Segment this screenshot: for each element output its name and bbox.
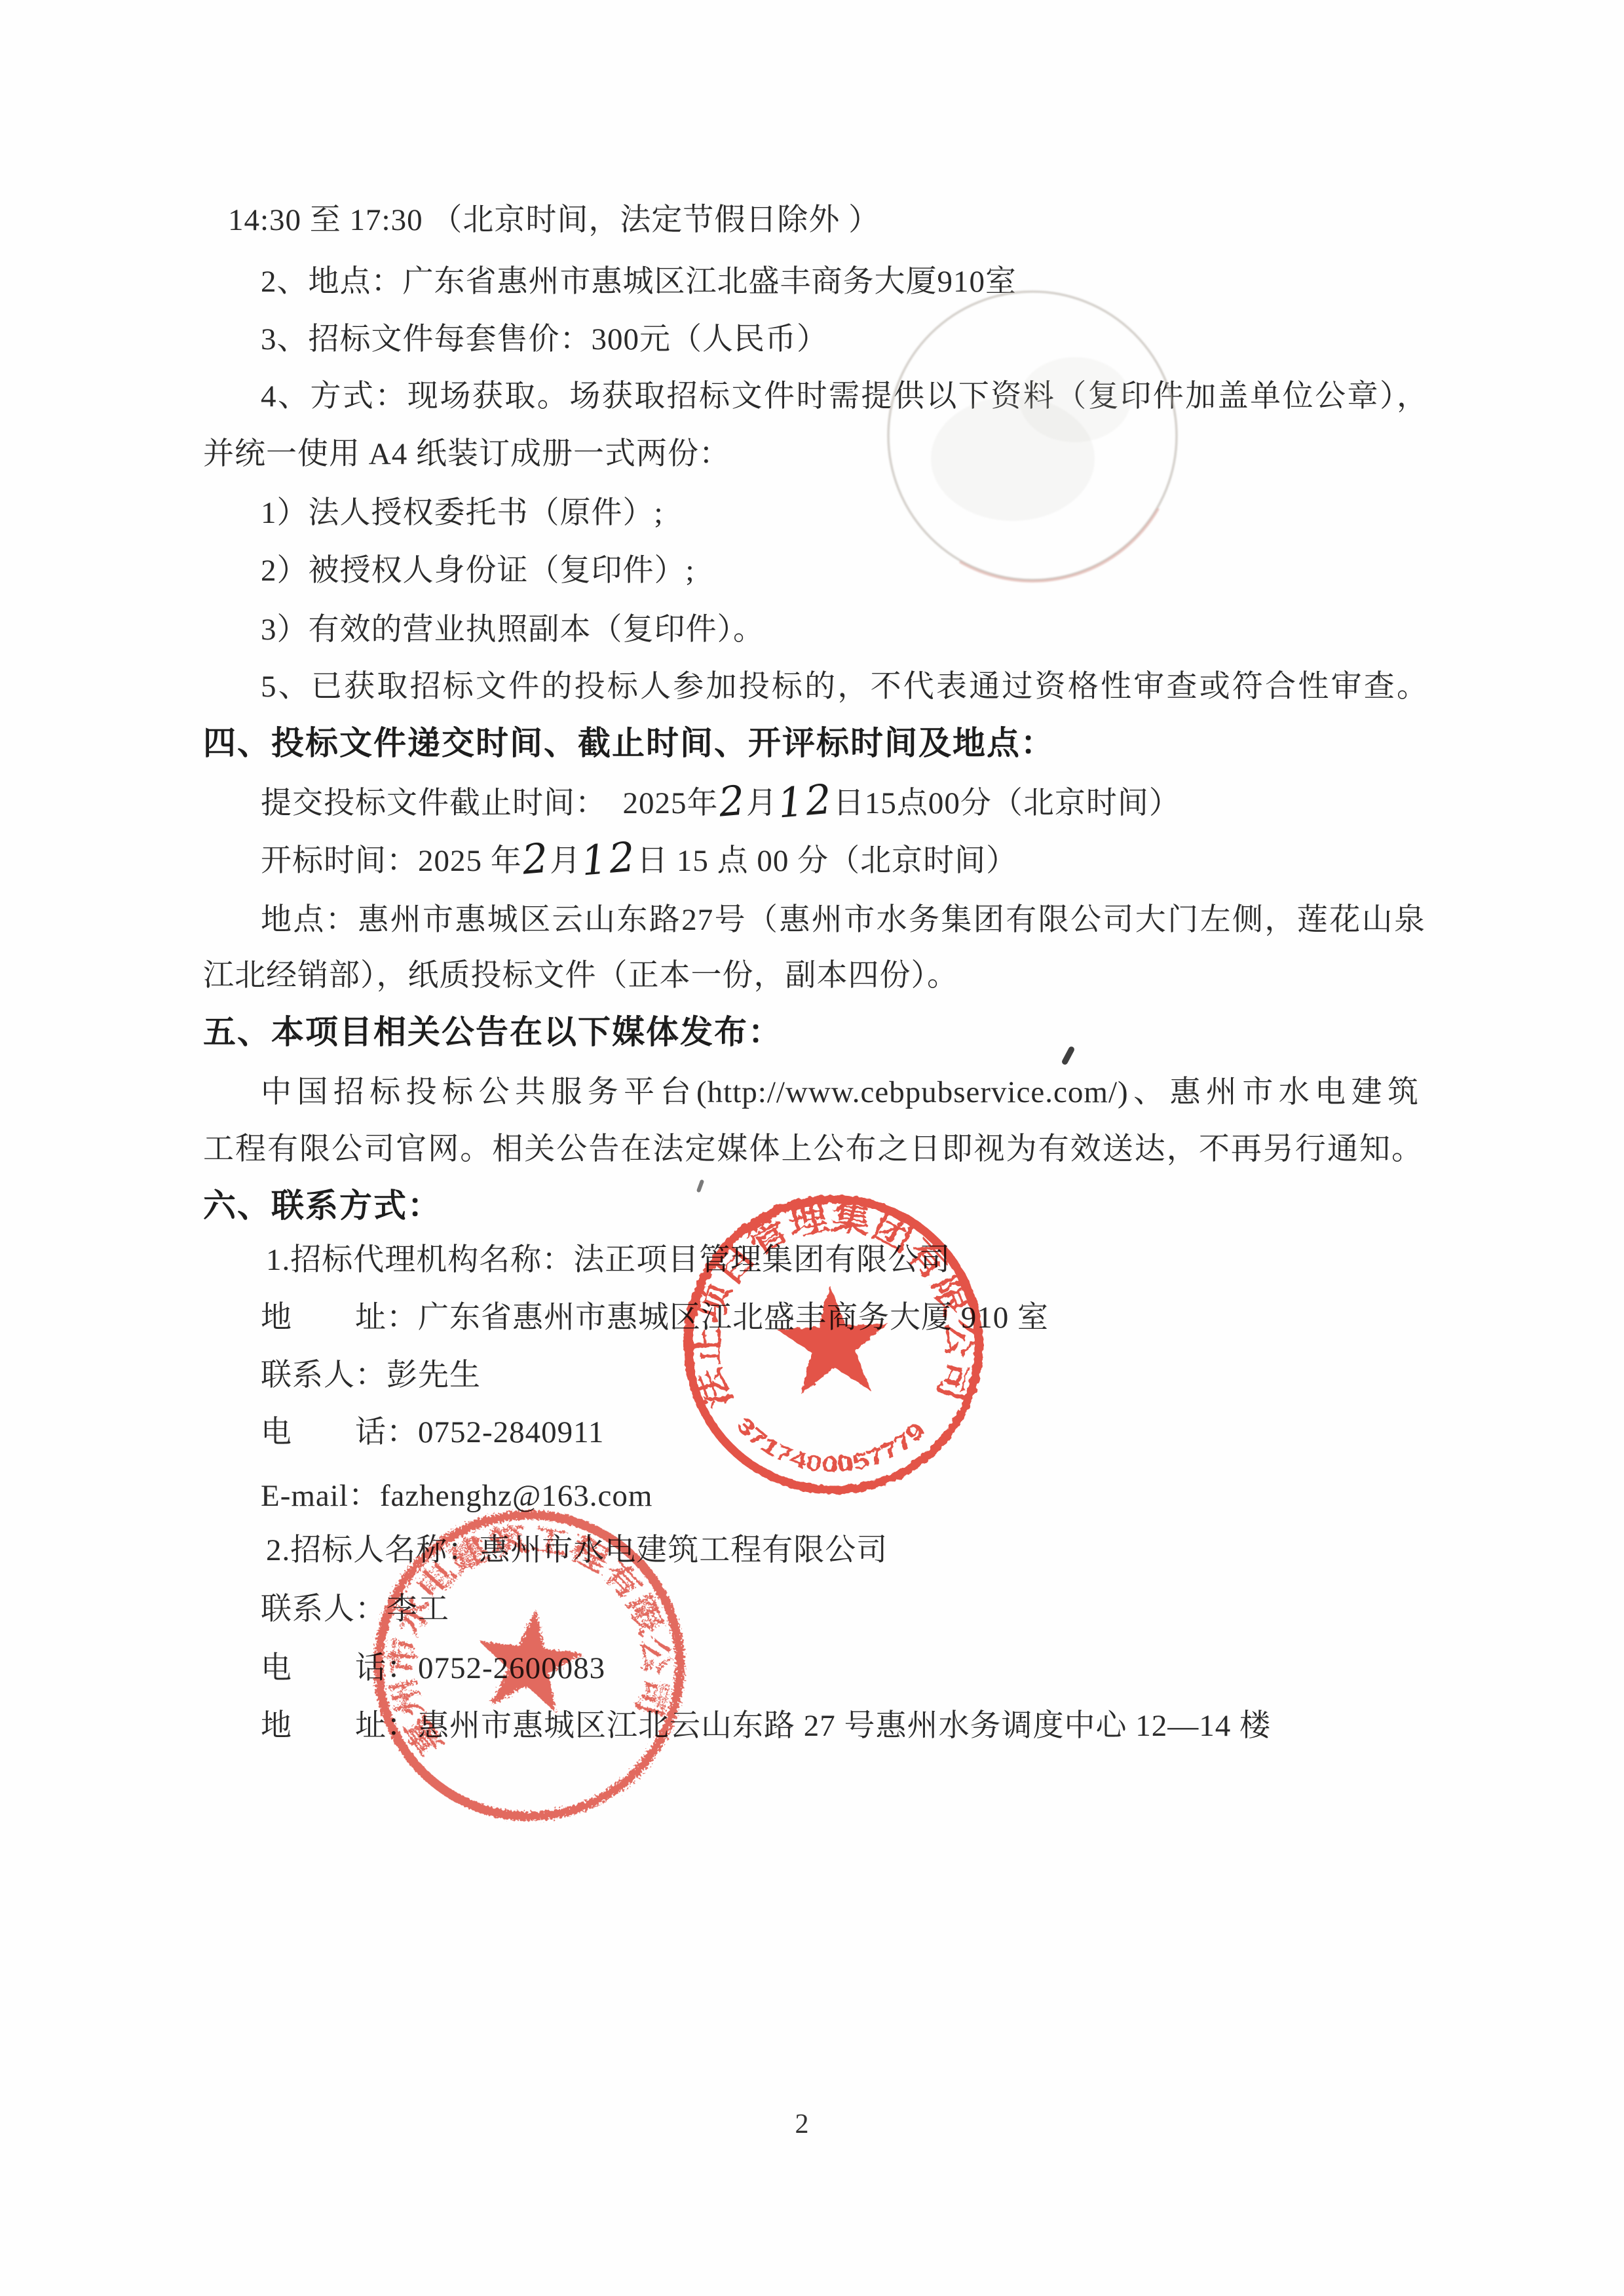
text-line: 并统一使用 A4 纸装订成册一式两份：	[203, 433, 730, 475]
faint-stamp	[882, 285, 1183, 586]
star-icon	[471, 1603, 588, 1715]
text-line: 5、已获取招标文件的投标人参加投标的，不代表通过资格性审查或符合性审查。	[261, 666, 1428, 708]
star-icon	[774, 1283, 892, 1396]
text-line: 开标时间：2025 年2月12日 15 点 00 分（北京时间）	[261, 840, 1017, 882]
text-segment: 开标时间：2025 年	[261, 844, 522, 878]
faint-stamp-pink-arc	[960, 508, 1158, 581]
handwritten-date-digit: 12	[776, 782, 835, 820]
text-line: 4、方式：现场获取。场获取招标文件时需提供以下资料（复印件加盖单位公章），	[261, 375, 1428, 417]
agency-company-seal: 法正项目管理集团有限公司 3717400057779	[670, 1181, 997, 1508]
text-line: 14:30 至 17:30 （北京时间，法定节假日除外 ）	[228, 199, 880, 241]
text-segment: 日15点00分（北京时间）	[833, 786, 1180, 820]
ink-mark	[1061, 1046, 1075, 1066]
text-segment: 提交投标文件截止时间： 2025年	[261, 786, 719, 820]
page-number: 2	[769, 2109, 835, 2140]
text-line: 1）法人授权委托书（原件）;	[261, 492, 664, 534]
text-line: 地点：惠州市惠城区云山东路27号（惠州市水务集团有限公司大门左侧，莲花山泉	[261, 899, 1426, 941]
section-heading: 六、联系方式：	[203, 1185, 442, 1227]
text-line: 2）被授权人身份证（复印件）;	[261, 550, 695, 592]
text-segment: 日 15 点 00 分（北京时间）	[637, 844, 1017, 878]
text-line: 电 话：0752-2840911	[261, 1411, 604, 1453]
document-page: 14:30 至 17:30 （北京时间，法定节假日除外 ）2、地点：广东省惠州市…	[0, 0, 1624, 2296]
handwritten-date-digit: 2	[717, 784, 748, 819]
section-heading: 五、本项目相关公告在以下媒体发布：	[203, 1011, 782, 1053]
text-line: 联系人：彭先生	[261, 1354, 481, 1396]
handwritten-date-digit: 12	[580, 840, 638, 877]
text-line: 3）有效的营业执照副本（复印件）。	[261, 609, 765, 651]
text-segment: 月	[746, 786, 778, 820]
text-line: 中国招标投标公共服务平台(http://www.cebpubservice.co…	[261, 1071, 1419, 1113]
section-heading: 四、投标文件递交时间、截止时间、开评标时间及地点：	[203, 722, 1055, 764]
text-line: 3、招标文件每套售价：300元（人民币）	[261, 318, 828, 360]
handwritten-date-digit: 2	[521, 841, 552, 877]
bidder-company-seal: 惠州市水电建筑工程有限公司	[366, 1502, 693, 1829]
text-line: 江北经销部），纸质投标文件（正本一份，副本四份）。	[203, 955, 958, 997]
text-segment: 月	[550, 844, 581, 878]
text-line: 工程有限公司官网。相关公告在法定媒体上公布之日即视为有效送达，不再另行通知。	[203, 1128, 1423, 1170]
text-line: 提交投标文件截止时间： 2025年2月12日15点00分（北京时间）	[261, 782, 1180, 824]
